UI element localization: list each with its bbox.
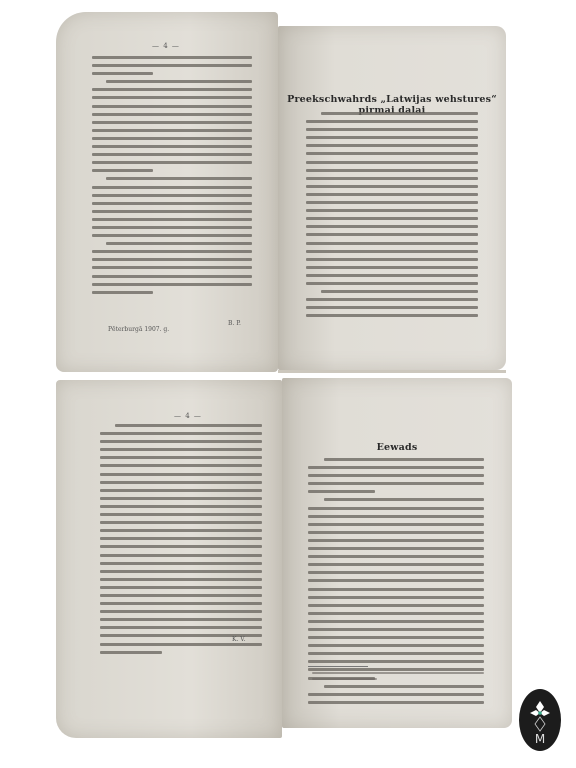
page-number: — 4 —	[174, 412, 202, 420]
page-number: — 4 —	[152, 42, 180, 50]
signature: B. P.	[228, 320, 241, 327]
footnote-rule	[308, 666, 368, 667]
place-date: Pēterburgā 1907. g.	[108, 326, 169, 333]
brand-logo-icon: M	[519, 689, 561, 751]
bottom-right-page: Eewads	[282, 378, 512, 728]
body-text	[306, 112, 478, 322]
bottom-left-page: — 4 — K. V.	[56, 380, 282, 738]
top-right-page: Preekschwahrds „Latwijas wehstures“ pirm…	[278, 26, 506, 370]
body-text	[100, 424, 262, 659]
signature: K. V.	[232, 636, 246, 643]
page-edge	[278, 370, 506, 373]
body-text	[92, 56, 252, 299]
svg-text:M: M	[535, 732, 545, 746]
top-left-page: — 4 — B. P. Pēterburgā 1907. g.	[56, 12, 278, 372]
page-heading: Eewads	[282, 442, 512, 453]
footnote-text	[312, 672, 484, 684]
